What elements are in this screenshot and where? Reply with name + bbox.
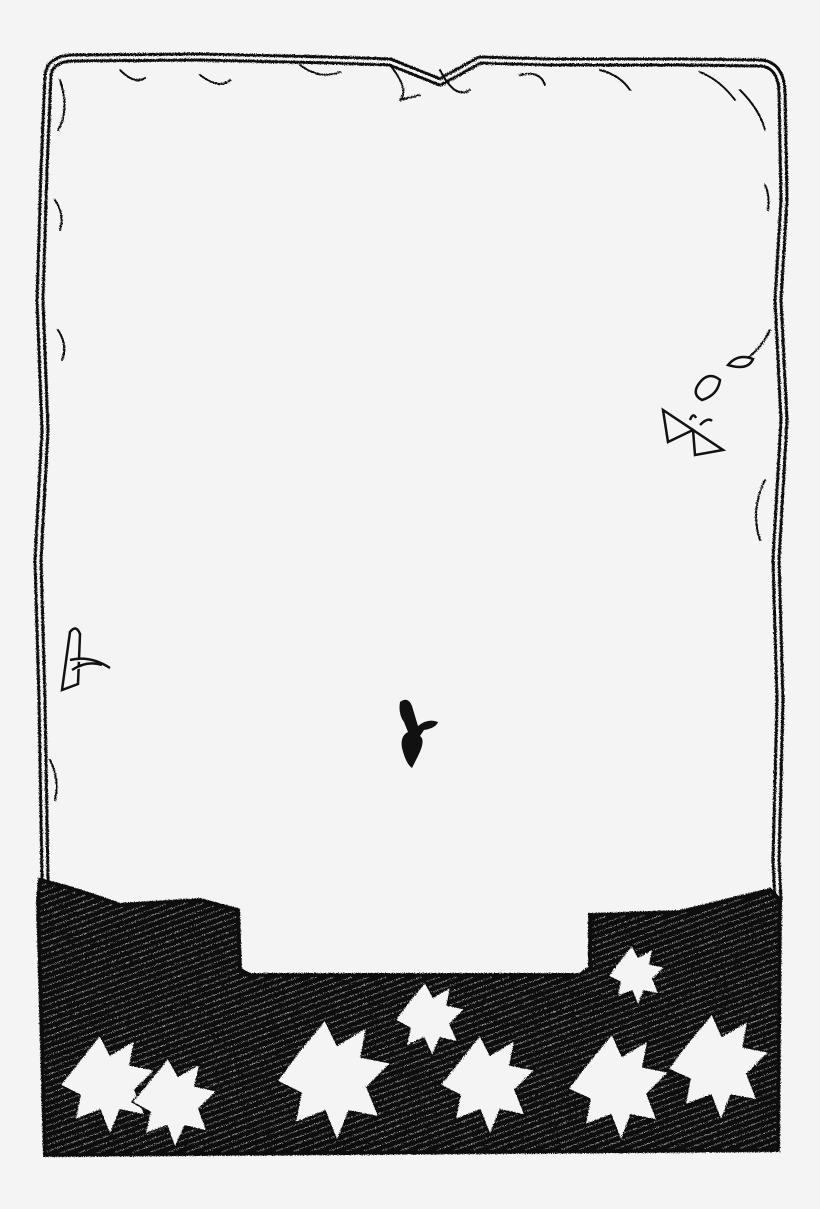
maple-leaves-icon — [38, 880, 780, 1155]
vine-border-icon — [38, 57, 784, 900]
illustrated-frame — [0, 0, 820, 1209]
moth-icon — [663, 410, 723, 455]
butterfly-icon — [696, 357, 753, 400]
trowel-icon — [400, 700, 439, 768]
grasshopper-icon — [62, 628, 110, 690]
